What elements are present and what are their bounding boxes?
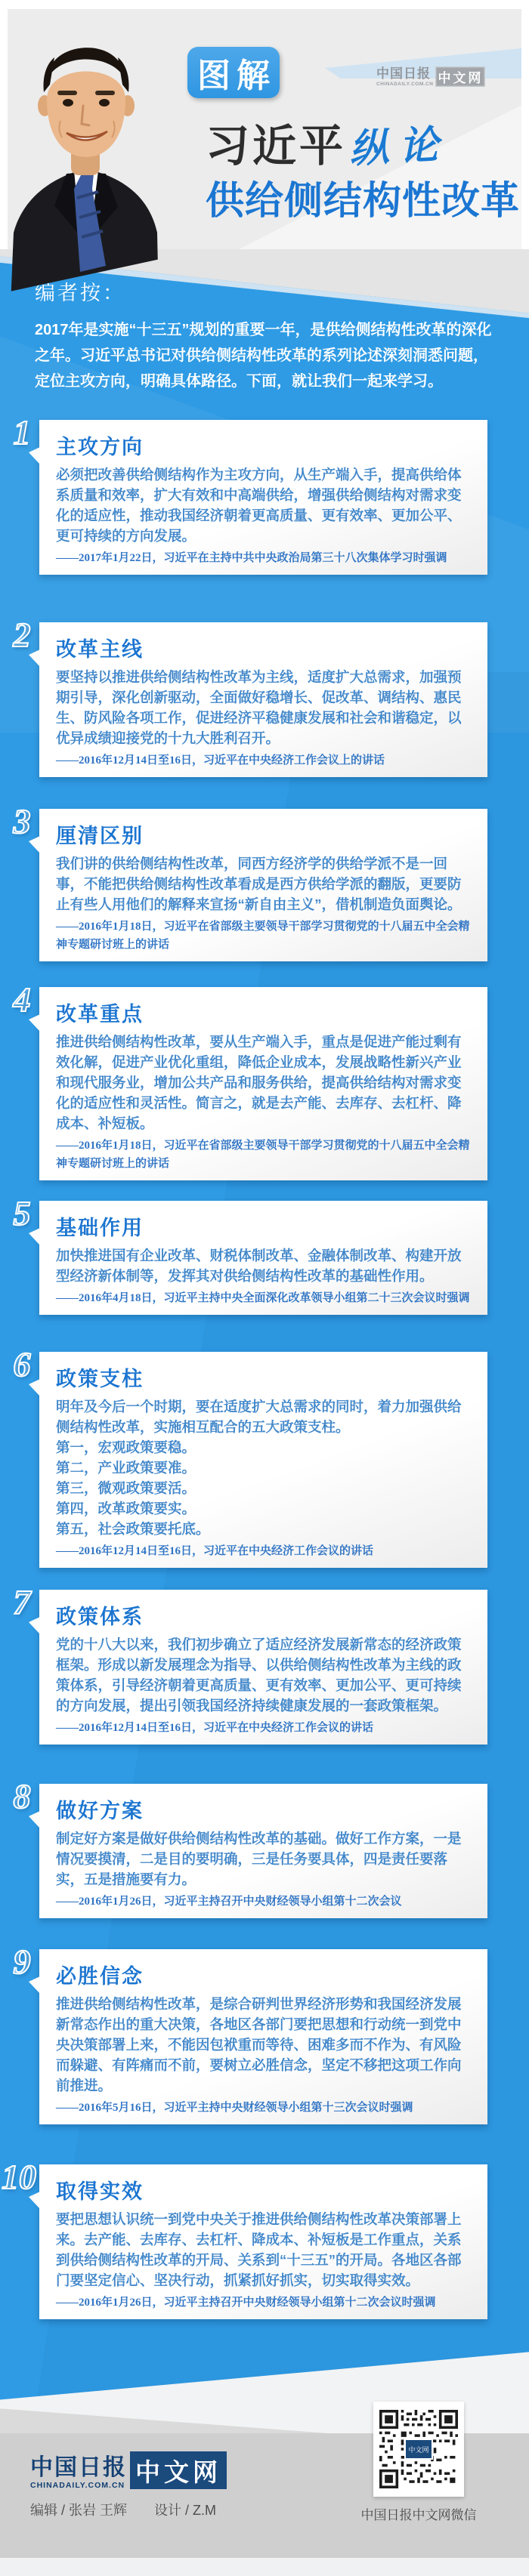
section-body: 推进供给侧结构性改革，是综合研判世界经济形势和我国经济发展新常态作出的重大决策，…: [56, 1994, 471, 2096]
section-body: 我们讲的供给侧结构性改革，同西方经济学的供给学派不是一回事，不能把供给侧结构性改…: [56, 853, 471, 915]
section-title: 厘清区别: [56, 819, 471, 849]
policy-pillar-item: 第三，微观政策要活。: [56, 1478, 471, 1498]
section-body: 推进供给侧结构性改革，要从生产端入手，重点是促进产能过剩有效化解，促进产业优化重…: [56, 1032, 471, 1134]
section-number: 8: [3, 1776, 41, 1816]
section-source: ——2016年12月14日至16日，习近平在中央经济工作会议的讲话: [56, 1719, 471, 1737]
section-card-5: 5 基础作用 加快推进国有企业改革、财税体制改革、金融体制改革、构建开放型经济新…: [39, 1201, 487, 1315]
infographic-root: 中国日报 CHINADAILY.COM.CN 中文网 图解 习近平 纵论 供给侧…: [0, 0, 529, 2576]
section-number: 1: [3, 412, 41, 452]
logo-cn-text: 中国日报: [30, 2457, 127, 2479]
section-source: ——2016年1月26日，习近平主持召开中央财经领导小组第十二次会议: [56, 1893, 471, 1911]
qr-caption: 中国日报中文网微信: [343, 2504, 494, 2523]
chinadaily-logo-footer: 中国日报 CHINADAILY.COM.CN 中文网: [30, 2451, 227, 2489]
section-number: 9: [3, 1942, 41, 1982]
policy-pillar-item: 第一，宏观政策要稳。: [56, 1437, 471, 1458]
logo-url-text: CHINADAILY.COM.CN: [30, 2482, 127, 2490]
section-title: 必胜信念: [56, 1960, 471, 1989]
logo-suffix-box: 中文网: [435, 66, 485, 87]
section-source: ——2016年1月18日，习近平在省部级主要领导干部学习贯彻党的十八届五中全会精…: [56, 1137, 471, 1173]
section-body: 明年及今后一个时期，要在适度扩大总需求的同时，着力加强供给侧结构性改革，实施相互…: [56, 1396, 471, 1437]
footer-bottom-strip: [0, 2558, 529, 2576]
policy-pillar-item: 第四，改革政策要实。: [56, 1498, 471, 1519]
section-source: ——2016年5月16日，习近平主持中央财经领导小组第十三次会议时强调: [56, 2099, 471, 2117]
qr-center-logo: 中文网: [404, 2439, 433, 2460]
section-body: 要把思想认识统一到党中央关于推进供给侧结构性改革决策部署上来。去产能、去库存、去…: [56, 2209, 471, 2291]
section-card-10: 10 取得实效 要把思想认识统一到党中央关于推进供给侧结构性改革决策部署上来。去…: [39, 2164, 487, 2319]
title-name: 习近平: [206, 110, 346, 174]
section-source: ——2016年1月26日，习近平主持召开中央财经领导小组第十二次会议时强调: [56, 2294, 471, 2312]
chinadaily-logo-gray: 中国日报 CHINADAILY.COM.CN 中文网: [376, 66, 485, 87]
section-title: 改革主线: [56, 633, 471, 662]
section-body: 制定好方案是做好供给侧结构性改革的基础。做好工作方案，一是情况要摸清，二是目的要…: [56, 1828, 471, 1890]
section-source: ——2016年12月14日至16日，习近平在中央经济工作会议上的讲话: [56, 751, 471, 770]
section-body: 加快推进国有企业改革、财税体制改革、金融体制改革、构建开放型经济新体制等，发挥其…: [56, 1245, 471, 1286]
section-card-4: 4 改革重点 推进供给侧结构性改革，要从生产端入手，重点是促进产能过剩有效化解，…: [39, 987, 487, 1180]
section-title: 基础作用: [56, 1211, 471, 1241]
title-script: 纵论: [348, 113, 450, 174]
section-title: 主攻方向: [56, 430, 471, 460]
section-title: 取得实效: [56, 2175, 471, 2204]
section-number: 2: [3, 615, 41, 655]
section-number: 3: [3, 801, 41, 841]
section-title: 政策体系: [56, 1600, 471, 1630]
credits-text: 编辑 / 张岩 王辉 设计 / Z.M: [30, 2500, 216, 2519]
section-number: 10: [0, 2157, 38, 2197]
section-source: ——2017年1月22日，习近平在主持中共中央政治局第三十八次集体学习时强调: [56, 549, 471, 567]
policy-pillar-item: 第五，社会政策要托底。: [56, 1519, 471, 1539]
logo-cn-text: 中国日报: [376, 68, 433, 81]
section-number: 6: [3, 1344, 41, 1384]
logo-suffix-box: 中文网: [130, 2451, 227, 2489]
wechat-qr-code: 中文网: [373, 2402, 464, 2497]
section-card-9: 9 必胜信念 推进供给侧结构性改革，是综合研判世界经济形势和我国经济发展新常态作…: [39, 1949, 487, 2124]
section-card-8: 8 做好方案 制定好方案是做好供给侧结构性改革的基础。做好工作方案，一是情况要摸…: [39, 1784, 487, 1918]
section-body: 党的十八大以来，我们初步确立了适应经济发展新常态的经济政策框架。形成以新发展理念…: [56, 1634, 471, 1716]
policy-pillar-item: 第二，产业政策要准。: [56, 1458, 471, 1478]
section-card-7: 7 政策体系 党的十八大以来，我们初步确立了适应经济发展新常态的经济政策框架。形…: [39, 1590, 487, 1745]
section-number: 4: [3, 979, 41, 1020]
logo-url-text: CHINADAILY.COM.CN: [376, 82, 433, 88]
section-source: ——2016年12月14日至16日，习近平在中央经济工作会议的讲话: [56, 1542, 471, 1560]
editor-note-text: 2017年是实施“十三五”规划的重要一年，是供给侧结构性改革的深化之年。习近平总…: [35, 317, 494, 394]
policy-pillar-list: 第一，宏观政策要稳。 第二，产业政策要准。 第三，微观政策要活。 第四，改革政策…: [56, 1437, 471, 1539]
section-title: 政策支柱: [56, 1362, 471, 1392]
section-number: 5: [3, 1193, 41, 1233]
section-title: 改革重点: [56, 998, 471, 1027]
section-card-1: 1 主攻方向 必须把改善供给侧结构作为主攻方向，从生产端入手，提高供给体系质量和…: [39, 420, 487, 575]
section-card-2: 2 改革主线 要坚持以推进供给侧结构性改革为主线，适度扩大总需求，加强预期引导，…: [39, 622, 487, 777]
title-main: 供给侧结构性改革: [206, 169, 520, 225]
xi-jinping-photo: [2, 9, 166, 305]
section-source: ——2016年1月18日，习近平在省部级主要领导干部学习贯彻党的十八届五中全会精…: [56, 918, 471, 954]
section-card-6: 6 政策支柱 明年及今后一个时期，要在适度扩大总需求的同时，着力加强供给侧结构性…: [39, 1352, 487, 1568]
section-number: 7: [3, 1582, 41, 1622]
section-body: 必须把改善供给侧结构作为主攻方向，从生产端入手，提高供给体系质量和效率，扩大有效…: [56, 464, 471, 546]
section-title: 做好方案: [56, 1794, 471, 1824]
section-card-3: 3 厘清区别 我们讲的供给侧结构性改革，同西方经济学的供给学派不是一回事，不能把…: [39, 809, 487, 961]
tujie-badge: 图解: [187, 47, 280, 98]
section-source: ——2016年4月18日，习近平主持中央全面深化改革领导小组第二十三次会议时强调: [56, 1289, 471, 1307]
section-body: 要坚持以推进供给侧结构性改革为主线，适度扩大总需求，加强预期引导，深化创新驱动，…: [56, 667, 471, 748]
portrait-illustration: [2, 9, 166, 305]
